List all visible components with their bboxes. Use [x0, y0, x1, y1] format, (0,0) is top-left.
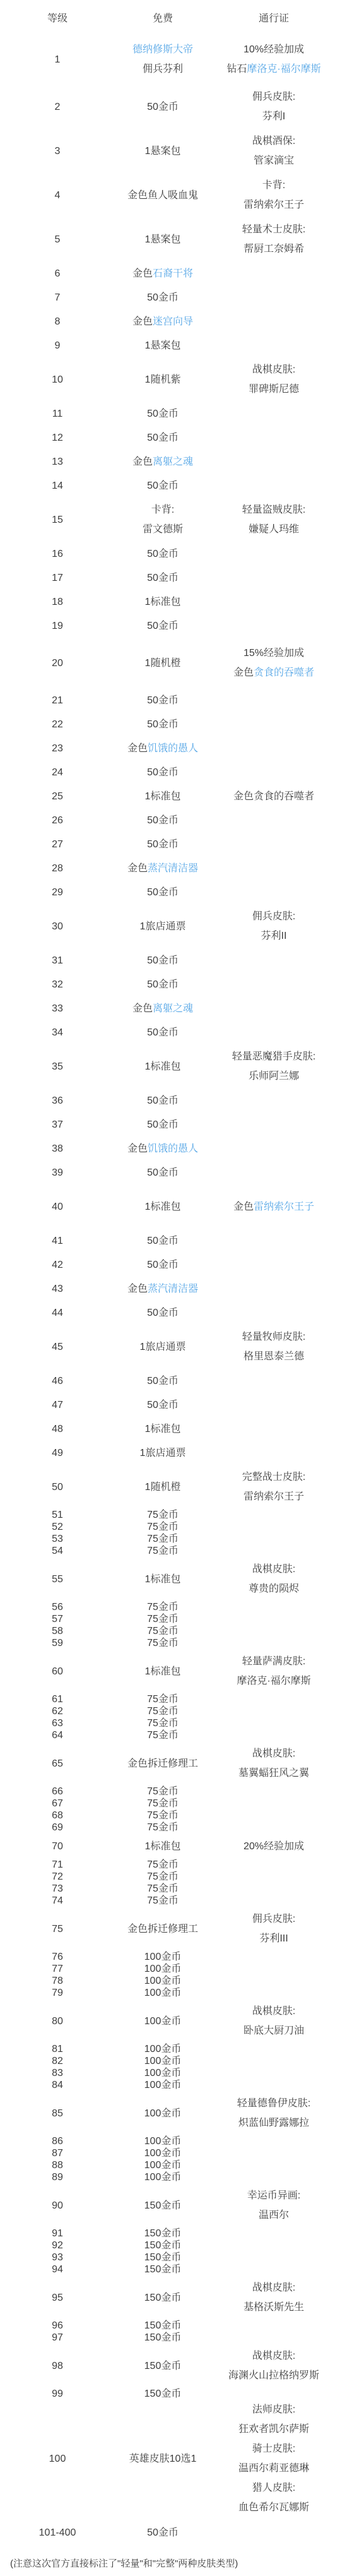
- reward-text: 59: [52, 1638, 63, 1649]
- reward-text: 温西尔: [259, 2210, 289, 2221]
- reward-text: 15%经验加成: [244, 648, 304, 659]
- level-cell: 1: [0, 34, 115, 85]
- free-cell: 50金币: [115, 688, 211, 712]
- pass-cell: [211, 1693, 337, 1705]
- reward-text: 67: [52, 1798, 63, 1809]
- reward-text: 金色鱼人吸血鬼: [127, 190, 198, 201]
- pass-cell: [211, 1088, 337, 1112]
- level-cell: 48: [0, 1417, 115, 1441]
- level-cell: 66: [0, 1786, 115, 1798]
- reward-text: 75金币: [147, 1798, 179, 1809]
- table-row: 3450金币: [0, 1020, 337, 1044]
- footnote: (注意这次官方直接标注了"轻量"和"完整"两种皮肤类型): [10, 2556, 347, 2570]
- free-cell: 150金币: [115, 2320, 211, 2332]
- free-cell: 100金币: [115, 1963, 211, 1975]
- level-cell: 77: [0, 1963, 115, 1975]
- reward-text: 57: [52, 1614, 63, 1625]
- table-row: 4金色鱼人吸血鬼卡背:雷纳索尔王子: [0, 173, 337, 217]
- free-cell: 卡背:雷文德斯: [115, 498, 211, 542]
- reward-text: 20: [52, 658, 63, 669]
- reward-text: 10%经验加成: [244, 44, 304, 55]
- level-cell: 31: [0, 948, 115, 972]
- reward-text: 52: [52, 1522, 63, 1532]
- reward-text: 93: [52, 2252, 63, 2263]
- reward-text: 芬利I: [262, 111, 285, 122]
- table-row: 351标准包轻量恶魔猎手皮肤:乐师阿兰娜: [0, 1044, 337, 1088]
- table-row: 251标准包金色贪食的吞噬者: [0, 784, 337, 808]
- level-cell: 45: [0, 1325, 115, 1369]
- pass-cell: [211, 2388, 337, 2400]
- reward-text: 24: [52, 767, 63, 778]
- table-row: 5375金币: [0, 1533, 337, 1545]
- pass-cell: [211, 1798, 337, 1810]
- table-row: 91悬案包: [0, 333, 337, 357]
- pass-cell: [211, 1822, 337, 1834]
- free-cell: 50金币: [115, 808, 211, 832]
- reward-text: 28: [52, 863, 63, 874]
- reward-text: 45: [52, 1342, 63, 1352]
- reward-text: 41: [52, 1236, 63, 1246]
- table-row: 51悬案包轻量术士皮肤:帮厨工奈姆希: [0, 217, 337, 261]
- level-cell: 5: [0, 217, 115, 261]
- reward-text: 86: [52, 2136, 63, 2147]
- table-row: 43金色蒸汽清洁器: [0, 1277, 337, 1301]
- reward-text: 89: [52, 2172, 63, 2183]
- table-row: 5175金币: [0, 1509, 337, 1521]
- reward-text: 31: [52, 955, 63, 966]
- free-cell: 100金币: [115, 2159, 211, 2171]
- level-cell: 62: [0, 1705, 115, 1717]
- free-cell: 150金币: [115, 2344, 211, 2388]
- level-cell: 34: [0, 1020, 115, 1044]
- reward-text: 99: [52, 2388, 63, 2399]
- reward-text: 82: [52, 2056, 63, 2066]
- free-cell: 100金币: [115, 2091, 211, 2135]
- free-cell: 1旅店通票: [115, 1441, 211, 1465]
- free-cell: 1随机橙: [115, 1465, 211, 1509]
- reward-link[interactable]: 蒸汽清洁器: [148, 863, 198, 874]
- reward-link[interactable]: 蒸汽清洁器: [148, 1284, 198, 1294]
- free-cell: 75金币: [115, 1798, 211, 1810]
- pass-cell: 完整战士皮肤:雷纳索尔王子: [211, 1465, 337, 1509]
- table-row: 92150金币: [0, 2239, 337, 2251]
- reward-text: 金色: [127, 863, 148, 874]
- reward-text: 47: [52, 1400, 63, 1410]
- table-row: 6975金币: [0, 1822, 337, 1834]
- level-cell: 49: [0, 1441, 115, 1465]
- free-cell: 100金币: [115, 1999, 211, 2043]
- reward-text: 75金币: [147, 1694, 179, 1705]
- table-row: 82100金币: [0, 2055, 337, 2067]
- reward-text: 22: [52, 719, 63, 730]
- reward-text: 50金币: [147, 979, 179, 990]
- reward-text: 格里恩泰兰德: [244, 1351, 304, 1362]
- level-cell: 16: [0, 542, 115, 566]
- pass-cell: [211, 1613, 337, 1625]
- reward-text: 轻量萨满皮肤:: [242, 1656, 305, 1667]
- table-row: 89100金币: [0, 2171, 337, 2183]
- pass-cell: [211, 1393, 337, 1417]
- free-cell: 75金币: [115, 1871, 211, 1883]
- reward-text: 20%经验加成: [244, 1841, 304, 1852]
- pass-cell: [211, 880, 337, 904]
- pass-cell: [211, 2239, 337, 2251]
- reward-text: 狂欢者凯尔萨斯: [238, 2424, 309, 2435]
- table-row: 98150金币战棋皮肤:海渊火山拉格纳罗斯: [0, 2344, 337, 2388]
- reward-text: 75金币: [147, 1871, 179, 1882]
- level-cell: 2: [0, 85, 115, 129]
- free-cell: 100金币: [115, 2147, 211, 2159]
- reward-text: 骑士皮肤:: [252, 2443, 295, 2454]
- level-cell: 86: [0, 2135, 115, 2147]
- level-cell: 32: [0, 972, 115, 996]
- reward-text: 76: [52, 1952, 63, 1962]
- reward-text: 8: [55, 316, 61, 327]
- free-cell: 50金币: [115, 972, 211, 996]
- reward-text: 66: [52, 1786, 63, 1797]
- table-row: 601标准包轻量萨满皮肤:摩洛克·福尔摩斯: [0, 1649, 337, 1693]
- reward-text: 39: [52, 1167, 63, 1178]
- free-cell: 金色饥饿的愚人: [115, 1136, 211, 1160]
- level-cell: 91: [0, 2227, 115, 2239]
- reward-text: 44: [52, 1308, 63, 1318]
- table-row: 301旅店通票佣兵皮肤:芬利II: [0, 904, 337, 948]
- reward-text: 雷纳索尔王子: [244, 1491, 304, 1502]
- reward-link[interactable]: 饥饿的愚人: [148, 743, 198, 754]
- level-cell: 18: [0, 590, 115, 614]
- free-cell: 75金币: [115, 1705, 211, 1717]
- reward-link[interactable]: 雷纳索尔王子: [254, 1202, 314, 1212]
- level-cell: 97: [0, 2332, 115, 2344]
- pass-cell: [211, 402, 337, 426]
- table-row: 1德纳修斯大帝佣兵芬利10%经验加成钻石摩洛克·福尔摩斯: [0, 34, 337, 85]
- reward-text: 150金币: [144, 2388, 182, 2399]
- level-cell: 95: [0, 2275, 115, 2320]
- reward-text: 卡背:: [151, 504, 174, 515]
- pass-cell: [211, 2055, 337, 2067]
- reward-text: 97: [52, 2332, 63, 2343]
- reward-text: 7: [55, 292, 61, 303]
- free-cell: 1标准包: [115, 1834, 211, 1859]
- free-cell: 1标准包: [115, 1417, 211, 1441]
- pass-cell: [211, 1253, 337, 1277]
- pass-cell: [211, 2320, 337, 2332]
- table-row: 101-40050金币: [0, 2517, 337, 2548]
- table-row: 28金色蒸汽清洁器: [0, 856, 337, 880]
- reward-link[interactable]: 离躯之魂: [153, 456, 193, 467]
- reward-text: 金色: [127, 743, 148, 754]
- pass-cell: 幸运币异画:温西尔: [211, 2183, 337, 2227]
- table-row: 5475金币: [0, 1545, 337, 1557]
- pass-cell: 佣兵皮肤:芬利III: [211, 1907, 337, 1951]
- reward-text: 100金币: [144, 1964, 182, 1974]
- level-cell: 100: [0, 2400, 115, 2517]
- free-cell: 50金币: [115, 1229, 211, 1253]
- reward-text: 150金币: [144, 2252, 182, 2263]
- table-row: 6275金币: [0, 1705, 337, 1717]
- table-row: 100英雄皮肤10选1法师皮肤:狂欢者凯尔萨斯骑士皮肤:温西尔莉亚德琳猎人皮肤:…: [0, 2400, 337, 2517]
- pass-cell: [211, 1301, 337, 1325]
- table-row: 1250金币: [0, 426, 337, 450]
- reward-text: 69: [52, 1822, 63, 1833]
- table-row: 401标准包金色雷纳索尔王子: [0, 1184, 337, 1229]
- free-cell: 150金币: [115, 2183, 211, 2227]
- pass-cell: [211, 712, 337, 736]
- table-row: 96150金币: [0, 2320, 337, 2332]
- reward-text: 98: [52, 2361, 63, 2371]
- reward-link[interactable]: 饥饿的愚人: [148, 1143, 198, 1154]
- level-cell: 75: [0, 1907, 115, 1951]
- reward-text: 27: [52, 839, 63, 850]
- table-row: 8金色迷宫向导: [0, 309, 337, 333]
- reward-text: 150金币: [144, 2332, 182, 2343]
- reward-text: 1: [55, 54, 61, 65]
- reward-text: 75金币: [147, 1626, 179, 1637]
- reward-text: 77: [52, 1964, 63, 1974]
- reward-text: 1悬案包: [145, 234, 181, 245]
- reward-text: 75金币: [147, 1602, 179, 1613]
- reward-text: 1旅店通票: [140, 1342, 186, 1352]
- level-cell: 19: [0, 614, 115, 638]
- free-cell: 金色拆迁修理工: [115, 1907, 211, 1951]
- reward-link[interactable]: 贪食的吞噬者: [254, 667, 314, 678]
- reward-text: 1标准包: [145, 1574, 181, 1585]
- reward-text: 幸运币异画:: [247, 2190, 300, 2201]
- reward-text: 50金币: [147, 2527, 179, 2538]
- pass-cell: [211, 1369, 337, 1393]
- free-cell: 50金币: [115, 1020, 211, 1044]
- reward-text: 58: [52, 1626, 63, 1637]
- reward-text: 100金币: [144, 2044, 182, 2054]
- reward-text: 23: [52, 743, 63, 754]
- reward-text: 50金币: [147, 695, 179, 706]
- reward-text: 50金币: [147, 815, 179, 826]
- reward-text: 26: [52, 815, 63, 826]
- level-cell: 24: [0, 760, 115, 784]
- reward-text: 62: [52, 1706, 63, 1717]
- table-row: 23金色饥饿的愚人: [0, 736, 337, 760]
- reward-text: 100金币: [144, 2080, 182, 2090]
- reward-text: 83: [52, 2068, 63, 2078]
- pass-cell: 战棋皮肤:尊贵的陨烬: [211, 1557, 337, 1601]
- reward-text: 轻量恶魔猎手皮肤:: [232, 1051, 315, 1062]
- reward-text: 53: [52, 1534, 63, 1544]
- table-body: 1德纳修斯大帝佣兵芬利10%经验加成钻石摩洛克·福尔摩斯250金币佣兵皮肤:芬利…: [0, 34, 337, 2548]
- level-cell: 79: [0, 1987, 115, 1999]
- free-cell: 50金币: [115, 85, 211, 129]
- reward-text: 100金币: [144, 2160, 182, 2171]
- reward-text: 75金币: [147, 1534, 179, 1544]
- pass-cell: [211, 2159, 337, 2171]
- table-row: 65金色拆迁修理工战棋皮肤:墓翼蝠狂风之翼: [0, 1741, 337, 1786]
- reward-text: 3: [55, 146, 61, 157]
- reward-text: 尊贵的陨烬: [249, 1583, 299, 1594]
- reward-text: 46: [52, 1376, 63, 1386]
- reward-link[interactable]: 石裔干将: [153, 268, 193, 279]
- reward-text: 金色拆迁修理工: [127, 1758, 198, 1769]
- reward-text: 49: [52, 1448, 63, 1458]
- level-cell: 43: [0, 1277, 115, 1301]
- reward-text: 16: [52, 549, 63, 559]
- reward-text: 100金币: [144, 2148, 182, 2159]
- free-cell: 150金币: [115, 2332, 211, 2344]
- reward-text: 50金币: [147, 1260, 179, 1270]
- reward-text: 37: [52, 1119, 63, 1130]
- pass-cell: [211, 1786, 337, 1798]
- reward-text: 1标准包: [145, 791, 181, 802]
- level-cell: 20: [0, 638, 115, 688]
- reward-text: 1悬案包: [145, 146, 181, 157]
- reward-text: 88: [52, 2160, 63, 2171]
- free-cell: 金色拆迁修理工: [115, 1741, 211, 1786]
- level-cell: 23: [0, 736, 115, 760]
- pass-cell: [211, 1441, 337, 1465]
- pass-cell: 轻量盗贼皮肤:嫌疑人玛维: [211, 498, 337, 542]
- reward-text: 50金币: [147, 887, 179, 898]
- reward-text: 75金币: [147, 1522, 179, 1532]
- reward-text: 管家滴宝: [254, 155, 294, 166]
- reward-text: 19: [52, 621, 63, 631]
- table-row: 33金色离躯之魂: [0, 996, 337, 1020]
- table-row: 6金色石裔干将: [0, 261, 337, 285]
- free-cell: 75金币: [115, 1810, 211, 1822]
- reward-text: 4: [55, 190, 61, 201]
- pass-cell: [211, 2517, 337, 2548]
- pass-cell: [211, 1705, 337, 1717]
- reward-text: 50金币: [147, 408, 179, 419]
- reward-text: 100金币: [144, 2056, 182, 2066]
- pass-cell: [211, 1963, 337, 1975]
- pass-cell: [211, 1136, 337, 1160]
- free-cell: 50金币: [115, 1301, 211, 1325]
- table-row: 201随机橙15%经验加成金色贪食的吞噬者: [0, 638, 337, 688]
- reward-link[interactable]: 离躯之魂: [153, 1003, 193, 1014]
- free-cell: 50金币: [115, 474, 211, 498]
- reward-text: 15: [52, 515, 63, 525]
- table-row: 5675金币: [0, 1601, 337, 1613]
- free-cell: 1旅店通票: [115, 1325, 211, 1369]
- level-cell: 52: [0, 1521, 115, 1533]
- reward-link[interactable]: 摩洛克·福尔摩斯: [247, 64, 321, 75]
- level-cell: 94: [0, 2263, 115, 2275]
- level-cell: 21: [0, 688, 115, 712]
- reward-text: 75金币: [147, 1730, 179, 1741]
- level-cell: 15: [0, 498, 115, 542]
- reward-text: 150金币: [144, 2320, 182, 2331]
- pass-cell: 战棋皮肤:基格沃斯先生: [211, 2275, 337, 2320]
- level-cell: 9: [0, 333, 115, 357]
- pass-cell: [211, 285, 337, 309]
- reward-text: 9: [55, 340, 61, 351]
- level-cell: 93: [0, 2251, 115, 2263]
- reward-link[interactable]: 德纳修斯大帝: [132, 44, 193, 55]
- level-cell: 80: [0, 1999, 115, 2043]
- table-row: 7375金币: [0, 1883, 337, 1895]
- free-cell: 50金币: [115, 948, 211, 972]
- reward-text: 金色拆迁修理工: [127, 1924, 198, 1935]
- free-cell: 金色鱼人吸血鬼: [115, 173, 211, 217]
- reward-text: 60: [52, 1666, 63, 1677]
- reward-text: 81: [52, 2044, 63, 2054]
- reward-text: 50金币: [147, 1119, 179, 1130]
- level-cell: 7: [0, 285, 115, 309]
- level-cell: 78: [0, 1975, 115, 1987]
- reward-text: 完整战士皮肤:: [242, 1472, 305, 1482]
- rewards-table: 等级 免费 通行证 1德纳修斯大帝佣兵芬利10%经验加成钻石摩洛克·福尔摩斯25…: [0, 0, 337, 2548]
- column-header-pass: 通行证: [211, 0, 337, 34]
- reward-text: 54: [52, 1546, 63, 1556]
- reward-text: 金色贪食的吞噬者: [233, 791, 314, 802]
- pass-cell: 战棋皮肤:罪碑斯尼德: [211, 357, 337, 402]
- pass-cell: [211, 590, 337, 614]
- reward-text: 50金币: [147, 839, 179, 850]
- reward-text: 34: [52, 1027, 63, 1038]
- free-cell: 金色石裔干将: [115, 261, 211, 285]
- table-row: 93150金币: [0, 2251, 337, 2263]
- pass-cell: [211, 1625, 337, 1637]
- free-cell: 150金币: [115, 2251, 211, 2263]
- free-cell: 金色离躯之魂: [115, 450, 211, 474]
- pass-cell: [211, 1987, 337, 1999]
- pass-cell: 轻量萨满皮肤:摩洛克·福尔摩斯: [211, 1649, 337, 1693]
- reward-text: 卧底大厨刀油: [244, 2025, 304, 2036]
- level-cell: 101-400: [0, 2517, 115, 2548]
- free-cell: 75金币: [115, 1533, 211, 1545]
- table-row: 7475金币: [0, 1895, 337, 1907]
- table-row: 750金币: [0, 285, 337, 309]
- free-cell: 50金币: [115, 1393, 211, 1417]
- reward-text: 摩洛克·福尔摩斯: [237, 1676, 310, 1686]
- reward-text: 金色: [233, 1202, 254, 1212]
- reward-text: 75金币: [147, 1786, 179, 1797]
- table-row: 6375金币: [0, 1717, 337, 1729]
- level-cell: 29: [0, 880, 115, 904]
- table-row: 4150金币: [0, 1229, 337, 1253]
- reward-text: 50金币: [147, 1027, 179, 1038]
- level-cell: 64: [0, 1729, 115, 1741]
- free-cell: 50金币: [115, 542, 211, 566]
- free-cell: 1随机橙: [115, 638, 211, 688]
- reward-link[interactable]: 迷宫向导: [153, 316, 193, 327]
- level-cell: 90: [0, 2183, 115, 2227]
- reward-text: 50金币: [147, 102, 179, 112]
- pass-cell: [211, 1112, 337, 1136]
- free-cell: 75金币: [115, 1895, 211, 1907]
- level-cell: 81: [0, 2043, 115, 2055]
- pass-cell: 轻量术士皮肤:帮厨工奈姆希: [211, 217, 337, 261]
- level-cell: 70: [0, 1834, 115, 1859]
- column-header-free: 免费: [115, 0, 211, 34]
- reward-text: 56: [52, 1602, 63, 1613]
- free-cell: 100金币: [115, 1975, 211, 1987]
- free-cell: 50金币: [115, 880, 211, 904]
- table-row: 77100金币: [0, 1963, 337, 1975]
- level-cell: 4: [0, 173, 115, 217]
- reward-text: 33: [52, 1003, 63, 1014]
- pass-cell: [211, 2227, 337, 2239]
- pass-cell: [211, 2067, 337, 2079]
- pass-cell: [211, 1160, 337, 1184]
- level-cell: 3: [0, 129, 115, 173]
- reward-text: 21: [52, 695, 63, 706]
- free-cell: 75金币: [115, 1613, 211, 1625]
- pass-cell: [211, 1951, 337, 1963]
- pass-cell: [211, 2043, 337, 2055]
- reward-text: 78: [52, 1976, 63, 1986]
- level-cell: 60: [0, 1649, 115, 1693]
- reward-text: 1标准包: [145, 1424, 181, 1434]
- reward-text: 63: [52, 1718, 63, 1729]
